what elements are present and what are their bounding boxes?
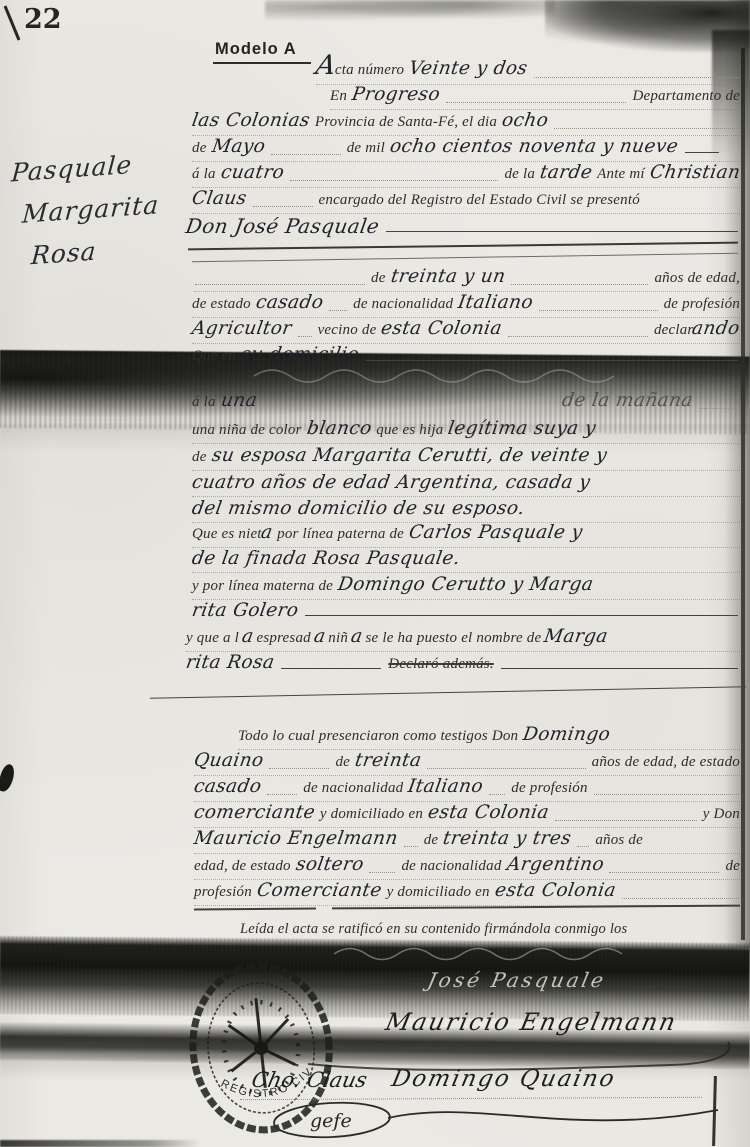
- witness-intro-label: Todo lo cual presenciaron como testigos …: [238, 727, 518, 747]
- line-witness1-domicilio: comerciante y domiciliado en esta Coloni…: [194, 802, 740, 828]
- scan-left-blob: [0, 763, 17, 794]
- line-profesion: Agricultor vecino de esta Colonia declar…: [192, 318, 740, 344]
- line-mother-1: de su esposa Margarita Cerutti, de veint…: [192, 445, 740, 471]
- rubric-title: gefe: [310, 1110, 352, 1132]
- modelo-label: Modelo A: [213, 40, 311, 64]
- name-label-3: niñ: [328, 629, 348, 649]
- dotted-leader: [699, 408, 739, 409]
- line-maternal-2: rita Golero: [192, 600, 740, 622]
- dotted-leader: [404, 846, 418, 847]
- mother-details: cuatro años de edad Argentina, casada y: [190, 472, 591, 494]
- dotted-leader: [253, 206, 313, 207]
- ante-mi-label: Ante mí: [597, 165, 645, 185]
- acta-numero-value: Veinte y dos: [408, 58, 530, 80]
- separator-rule-2: [192, 253, 738, 263]
- ink-dash: [501, 668, 738, 669]
- witness2-name: Mauricio Engelmann: [192, 828, 399, 850]
- line-mother-3: del mismo domicilio de su esposo.: [192, 498, 740, 523]
- birth-hour: una: [219, 390, 259, 412]
- domicilio-label: y domiciliado en: [320, 805, 423, 825]
- dotted-leader: [369, 872, 395, 873]
- dotted-leader: [622, 898, 739, 899]
- provincia-label: Provincia de Santa-Fé, el dia: [315, 113, 497, 133]
- dotted-leader: [271, 154, 341, 155]
- witness1-age: treinta: [353, 750, 423, 772]
- line-departamento: las Colonias Provincia de Santa-Fé, el d…: [192, 110, 740, 136]
- declarant-age: treinta y un: [389, 266, 507, 288]
- birth-daypart: de la mañana: [560, 390, 694, 412]
- witness2-profesion: Comerciante: [255, 880, 383, 902]
- name-label-2: espresad: [256, 629, 310, 649]
- line-ratification: Leída el acta se ratificó en su contenid…: [240, 920, 740, 939]
- en-label: En: [330, 87, 347, 107]
- hour-value: cuatro: [219, 162, 286, 184]
- encargado-label: encargado del Registro del Estado Civil …: [319, 191, 640, 211]
- acta-numero-label: cta número: [335, 61, 404, 81]
- scanned-acta-page: 22 Pasquale Margarita Rosa Modelo A A ct…: [0, 0, 750, 1147]
- dotted-leader: [267, 794, 297, 795]
- a-la-label: á la: [192, 165, 216, 185]
- dotted-leader: [446, 102, 626, 103]
- declar-suffix: ando: [691, 318, 742, 340]
- folio-number-block: 22: [6, 4, 62, 35]
- scan-bottom-edge: [0, 1140, 200, 1147]
- year-value: ocho cientos noventa y nueve: [388, 136, 679, 158]
- dotted-leader: [609, 872, 719, 873]
- rubric-flourish: gefe: [268, 1094, 723, 1146]
- line-witness2-estado: edad, de estado soltero de nacionalidad …: [194, 854, 740, 880]
- ink-dash: [281, 668, 381, 669]
- closing-rule-left: [194, 907, 316, 910]
- line-estado-nacionalidad: de estado casado de nacionalidad Italian…: [192, 292, 740, 318]
- profesion-label-2: profesión: [194, 883, 252, 903]
- maternal-grandparents: Domingo Cerutto y Marga: [336, 574, 595, 596]
- nieta-a: a: [259, 522, 274, 544]
- nacionalidad-label: de nacionalidad: [303, 779, 403, 799]
- profesion-label: de profesión: [664, 295, 740, 315]
- ink-dash: [685, 152, 719, 153]
- line-maternal: y por línea materna de Domingo Cerutto y…: [192, 574, 740, 600]
- de-label: de: [192, 448, 207, 468]
- paternal-grandparents: Carlos Pasquale y: [407, 522, 584, 544]
- child-name-part2: rita Rosa: [184, 652, 276, 674]
- flourish-tail: [388, 1110, 718, 1120]
- line-child-name-2: rita Rosa Declaró además.: [186, 652, 740, 675]
- nacionalidad-label: de nacionalidad: [353, 295, 453, 315]
- dotted-leader: [329, 310, 347, 311]
- line-witness-intro: Todo lo cual presenciaron como testigos …: [238, 724, 740, 750]
- line-witness2: Mauricio Engelmann de treinta y tres año…: [194, 828, 740, 854]
- de-la-label: de la: [504, 165, 535, 185]
- dotted-leader: [195, 284, 365, 285]
- nieta-label: Que es niet: [192, 525, 262, 545]
- dotted-leader: [427, 768, 585, 769]
- y-don-label: y Don: [703, 805, 740, 825]
- declarant-profesion: Agricultor: [190, 318, 293, 340]
- line-child: una niña de color blanco que es hija leg…: [192, 418, 740, 444]
- line-date: de Mayo de mil ocho cientos noventa y nu…: [192, 136, 740, 162]
- estado-label: de estado: [192, 295, 251, 315]
- line-paternal-2: de la finada Rosa Pasquale.: [192, 548, 740, 573]
- materna-label: y por línea materna de: [192, 577, 333, 597]
- line-paternal: Que es niet a por línea paterna de Carlo…: [192, 522, 740, 548]
- line-mother-2: cuatro años de edad Argentina, casada y: [192, 472, 740, 497]
- declaro-struck-label: Declaró además.: [388, 655, 493, 675]
- name-label-1: y que a l: [186, 629, 239, 649]
- age-label-2: años de: [595, 831, 643, 851]
- a-la-label: á la: [192, 393, 216, 413]
- departamento-label: Departamento de: [632, 87, 740, 107]
- seal-star-burst: [224, 995, 297, 1091]
- day-value: ocho: [500, 110, 550, 132]
- witness2-age: treinta y tres: [441, 828, 573, 850]
- profesion-label: de profesión: [511, 779, 587, 799]
- long-diagonal-line: [150, 686, 746, 698]
- age-label: años de edad,: [654, 269, 740, 289]
- paterna-label: por línea paterna de: [277, 525, 404, 545]
- dotted-leader: [489, 794, 505, 795]
- dotted-leader: [298, 336, 312, 337]
- scan-edge-line: [741, 48, 745, 940]
- line-witness2-domicilio: profesión Comerciante y domiciliado en e…: [194, 880, 740, 906]
- declarant-name: Don José Pasquale: [184, 214, 381, 238]
- witness1-profesion: comerciante: [192, 802, 316, 824]
- line-official: Claus encargado del Registro del Estado …: [192, 188, 740, 214]
- line-age: de treinta y un años de edad,: [194, 266, 740, 292]
- dotted-leader: [554, 128, 739, 129]
- dotted-leader: [534, 77, 739, 78]
- line-declarant: Don José Pasquale: [186, 214, 740, 238]
- de-label-3: de: [725, 857, 740, 877]
- signature-mauricio-engelmann: Mauricio Engelmann: [383, 1008, 680, 1036]
- witness2-nacionalidad: Argentino: [505, 854, 605, 876]
- ratification-label: Leída el acta se ratificó en su contenid…: [240, 920, 627, 939]
- name-label-4: se le ha puesto el nombre de: [366, 629, 542, 649]
- scan-top-speckle: [265, 0, 555, 24]
- line-witness1-estado: casado de nacionalidad Italiano de profe…: [194, 776, 740, 802]
- child-color: blanco: [305, 418, 373, 440]
- dotted-leader: [577, 846, 589, 847]
- ink-dash-long: [386, 231, 738, 232]
- line-birth-hour: á la una de la mañana: [192, 390, 740, 413]
- dotted-leader: [539, 310, 657, 311]
- de-label: de: [335, 753, 350, 773]
- month-value: Mayo: [210, 136, 267, 158]
- faint-script-traces-band1: [250, 360, 730, 386]
- line-hour: á la cuatro de la tarde Ante mí Christia…: [192, 162, 740, 188]
- dotted-leader: [511, 284, 649, 285]
- witness2-domicilio: esta Colonia: [493, 880, 617, 902]
- vecino-label: vecino de: [318, 321, 377, 341]
- estado-label-2: edad, de estado: [194, 857, 291, 877]
- de-label: de: [371, 269, 386, 289]
- place-value: Progreso: [350, 84, 441, 106]
- nina-label: una niña de color: [192, 421, 302, 441]
- dotted-leader: [555, 820, 697, 821]
- daypart-value: tarde: [538, 162, 594, 184]
- witness1-first-name: Domingo: [522, 724, 613, 746]
- name-a2: a: [312, 626, 327, 648]
- line-child-name: y que a l a espresad a niñ a se le ha pu…: [186, 626, 740, 652]
- dotted-leader: [508, 336, 648, 337]
- declar-label: declar: [654, 321, 694, 341]
- official-last-name: Claus: [190, 188, 248, 210]
- de-label: de: [424, 831, 439, 851]
- line-place: En Progreso Departamento de: [330, 84, 740, 110]
- dotted-leader: [594, 794, 739, 795]
- de-mil-label: de mil: [347, 139, 385, 159]
- faint-script-traces-band2: [330, 940, 720, 962]
- age-estado-label: años de edad, de estado: [592, 753, 740, 773]
- dotted-leader: [269, 768, 329, 769]
- domicilio-label-2: y domiciliado en: [387, 883, 490, 903]
- name-a3: a: [349, 626, 364, 648]
- mother-domicile: del mismo domicilio de su esposo.: [190, 498, 526, 520]
- nacionalidad-label-2: de nacionalidad: [401, 857, 501, 877]
- de-label: de: [192, 139, 207, 159]
- paternal-grandmother: de la finada Rosa Pasquale.: [190, 548, 461, 570]
- child-name-part1: Marga: [543, 626, 610, 648]
- que-en-label: Que en: [192, 347, 236, 367]
- hija-label: que es hija: [376, 421, 443, 441]
- mother-name: su esposa Margarita Cerutti, de veinte y: [210, 445, 608, 467]
- maternal-grandmother: rita Golero: [190, 600, 300, 622]
- declarant-vecino: esta Colonia: [380, 318, 504, 340]
- margin-registered-name: Pasquale Margarita Rosa: [10, 140, 198, 278]
- seal-text: REGISTRO CIVIL: [173, 948, 318, 1108]
- hija-value: legítima suya y: [447, 418, 598, 440]
- line-witness1-age: Quaino de treinta años de edad, de estad…: [194, 750, 740, 776]
- declarant-estado: casado: [254, 292, 325, 314]
- ink-dash-long: [305, 615, 738, 616]
- name-a1: a: [240, 626, 255, 648]
- line-acta-numero: A cta número Veinte y dos: [316, 50, 740, 85]
- witness1-estado: casado: [192, 776, 263, 798]
- witness1-last-name: Quaino: [192, 750, 265, 772]
- witness1-domicilio: esta Colonia: [426, 802, 550, 824]
- signature-domingo-quaino: Domingo Quaino: [389, 1066, 618, 1092]
- departamento-value: las Colonias: [190, 110, 311, 132]
- corner-pen-stroke: [2, 2, 48, 42]
- svg-text:REGISTRO CIVIL: REGISTRO CIVIL: [173, 948, 318, 1108]
- separator-rule: [188, 242, 738, 251]
- signature-jose-pasquale: José Pasquale: [425, 968, 608, 992]
- dotted-leader: [290, 180, 499, 181]
- witness2-estado: soltero: [294, 854, 365, 876]
- witness1-nacionalidad: Italiano: [407, 776, 485, 798]
- official-first-name: Christian: [648, 162, 742, 184]
- declarant-nacionalidad: Italiano: [456, 292, 534, 314]
